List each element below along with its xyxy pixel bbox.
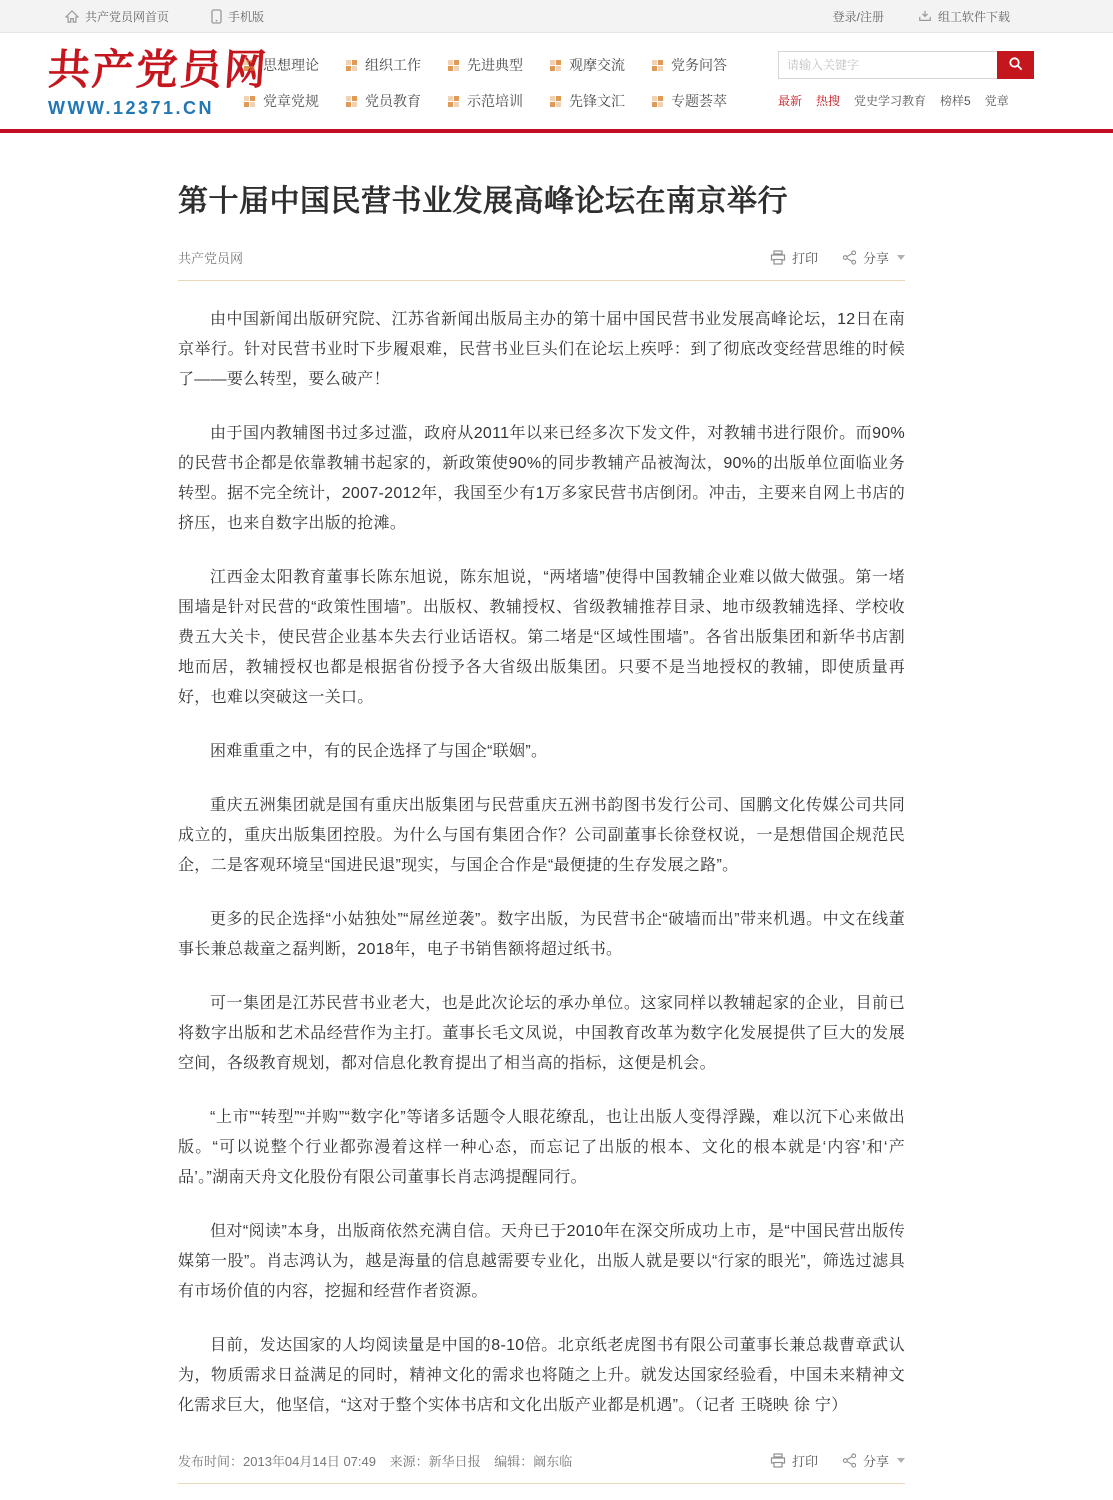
nav-item-label: 思想理论 [263,55,319,75]
share-button-bottom[interactable]: 分享 [842,1451,905,1470]
publish-meta: 发布时间：2013年04月14日 07:49 来源：新华日报 编辑：阚东临 [178,1451,582,1470]
article-body: 由中国新闻出版研究院、江苏省新闻出版局主办的第十届中国民营书业发展高峰论坛，12… [178,305,905,1421]
caret-down-icon [897,255,905,260]
nav-item-label: 先锋文汇 [569,91,625,111]
hot-link[interactable]: 党章 [985,92,1009,109]
printer-icon [770,250,786,265]
share-icon [842,250,857,265]
share-icon [842,1453,857,1468]
site-header: 共产党员网 WWW.12371.CN 思想理论 组织工作 先进典型 [0,33,1113,129]
logo-title: 共产党员网 [46,45,241,95]
nav-item[interactable]: 专题荟萃 [652,91,754,111]
print-button-bottom[interactable]: 打印 [770,1451,818,1470]
article-paragraph: 目前，发达国家的人均阅读量是中国的8-10倍。北京纸老虎图书有限公司董事长兼总裁… [178,1331,905,1421]
nav-item[interactable]: 先锋文汇 [550,91,652,111]
caret-down-icon [897,1458,905,1463]
grid-icon [652,60,663,71]
nav-item-label: 党员教育 [365,91,421,111]
nav-item[interactable]: 党务问答 [652,55,754,75]
search-area: 最新 热搜 党史学习教育 榜样5 党章 [778,51,1034,109]
nav-item-label: 组织工作 [365,55,421,75]
logo-url: WWW.12371.CN [48,97,240,119]
nav-item[interactable]: 观摩交流 [550,55,652,75]
hot-link[interactable]: 最新 [778,92,802,109]
article-title: 第十届中国民营书业发展高峰论坛在南京举行 [178,183,905,221]
share-button[interactable]: 分享 [842,248,905,267]
article-meta-row: 共产党员网 打印 分享 [178,248,905,267]
main-nav: 思想理论 组织工作 先进典型 观摩交流 [244,55,754,111]
publish-time: 发布时间：2013年04月14日 07:49 [178,1454,376,1469]
software-download-label: 组工软件下载 [938,8,1010,25]
search-icon [1008,56,1024,75]
nav-item-label: 党务问答 [671,55,727,75]
article-container: 第十届中国民营书业发展高峰论坛在南京举行 共产党员网 打印 分享 由中国新闻出版… [178,183,905,1500]
article-paragraph: 困难重重之中，有的民企选择了与国企“联姻”。 [178,737,905,767]
grid-icon [448,96,459,107]
topbar: 共产党员网首页 手机版 登录/注册 组工软件下载 [0,0,1113,33]
grid-icon [346,96,357,107]
nav-item[interactable]: 示范培训 [448,91,550,111]
nav-item[interactable]: 先进典型 [448,55,550,75]
mobile-icon [211,9,222,24]
red-divider [0,129,1113,133]
grid-icon [550,60,561,71]
grid-icon [550,96,561,107]
grid-icon [346,60,357,71]
share-label: 分享 [863,1451,889,1470]
hot-links: 最新 热搜 党史学习教育 榜样5 党章 [778,92,1034,109]
article-paragraph: 由于国内教辅图书过多过滥，政府从2011年以来已经多次下发文件，对教辅书进行限价… [178,419,905,539]
home-link-label: 共产党员网首页 [85,8,169,25]
nav-item-label: 示范培训 [467,91,523,111]
hot-link[interactable]: 榜样5 [940,92,971,109]
hot-link[interactable]: 热搜 [816,92,840,109]
search-input[interactable] [778,51,997,79]
grid-icon [652,96,663,107]
download-icon [918,9,932,23]
nav-item-label: 观摩交流 [569,55,625,75]
print-label: 打印 [792,1451,818,1470]
article-paragraph: 可一集团是江苏民营书业老大，也是此次论坛的承办单位。这家同样以教辅起家的企业，目… [178,989,905,1079]
article-paragraph: 由中国新闻出版研究院、江苏省新闻出版局主办的第十届中国民营书业发展高峰论坛，12… [178,305,905,395]
source-meta: 来源：新华日报 [390,1454,481,1469]
grid-icon [244,96,255,107]
header-divider [178,280,905,281]
print-label: 打印 [792,248,818,267]
article-paragraph: “上市”“转型”“并购”“数字化”等诸多话题令人眼花缭乱，也让出版人变得浮躁，难… [178,1103,905,1193]
site-logo[interactable]: 共产党员网 WWW.12371.CN [48,45,240,119]
editor-meta: 编辑：阚东临 [494,1454,572,1469]
mobile-link[interactable]: 手机版 [211,8,264,25]
nav-item-label: 专题荟萃 [671,91,727,111]
share-label: 分享 [863,248,889,267]
nav-item[interactable]: 组织工作 [346,55,448,75]
nav-item-label: 先进典型 [467,55,523,75]
print-button[interactable]: 打印 [770,248,818,267]
article-footer-row: 发布时间：2013年04月14日 07:49 来源：新华日报 编辑：阚东临 打印… [178,1451,905,1470]
article-source: 共产党员网 [178,248,243,267]
nav-item-label: 党章党规 [263,91,319,111]
nav-item[interactable]: 党员教育 [346,91,448,111]
mobile-link-label: 手机版 [228,8,264,25]
article-paragraph: 江西金太阳教育董事长陈东旭说，陈东旭说，“两堵墙”使得中国教辅企业难以做大做强。… [178,563,905,713]
software-download-link[interactable]: 组工软件下载 [918,8,1010,25]
grid-icon [448,60,459,71]
login-register-label: 登录/注册 [833,8,884,25]
home-icon [65,10,79,23]
login-register-link[interactable]: 登录/注册 [833,8,884,25]
search-button[interactable] [997,51,1034,79]
hot-link[interactable]: 党史学习教育 [854,92,926,109]
home-link[interactable]: 共产党员网首页 [65,8,169,25]
article-paragraph: 重庆五洲集团就是国有重庆出版集团与民营重庆五洲书韵图书发行公司、国鹏文化传媒公司… [178,791,905,881]
article-paragraph: 但对“阅读”本身，出版商依然充满自信。天舟已于2010年在深交所成功上市，是“中… [178,1217,905,1307]
article-paragraph: 更多的民企选择“小姑独处”“屌丝逆袭”。数字出版，为民营书企“破墙而出”带来机遇… [178,905,905,965]
printer-icon [770,1453,786,1468]
nav-item[interactable]: 党章党规 [244,91,346,111]
